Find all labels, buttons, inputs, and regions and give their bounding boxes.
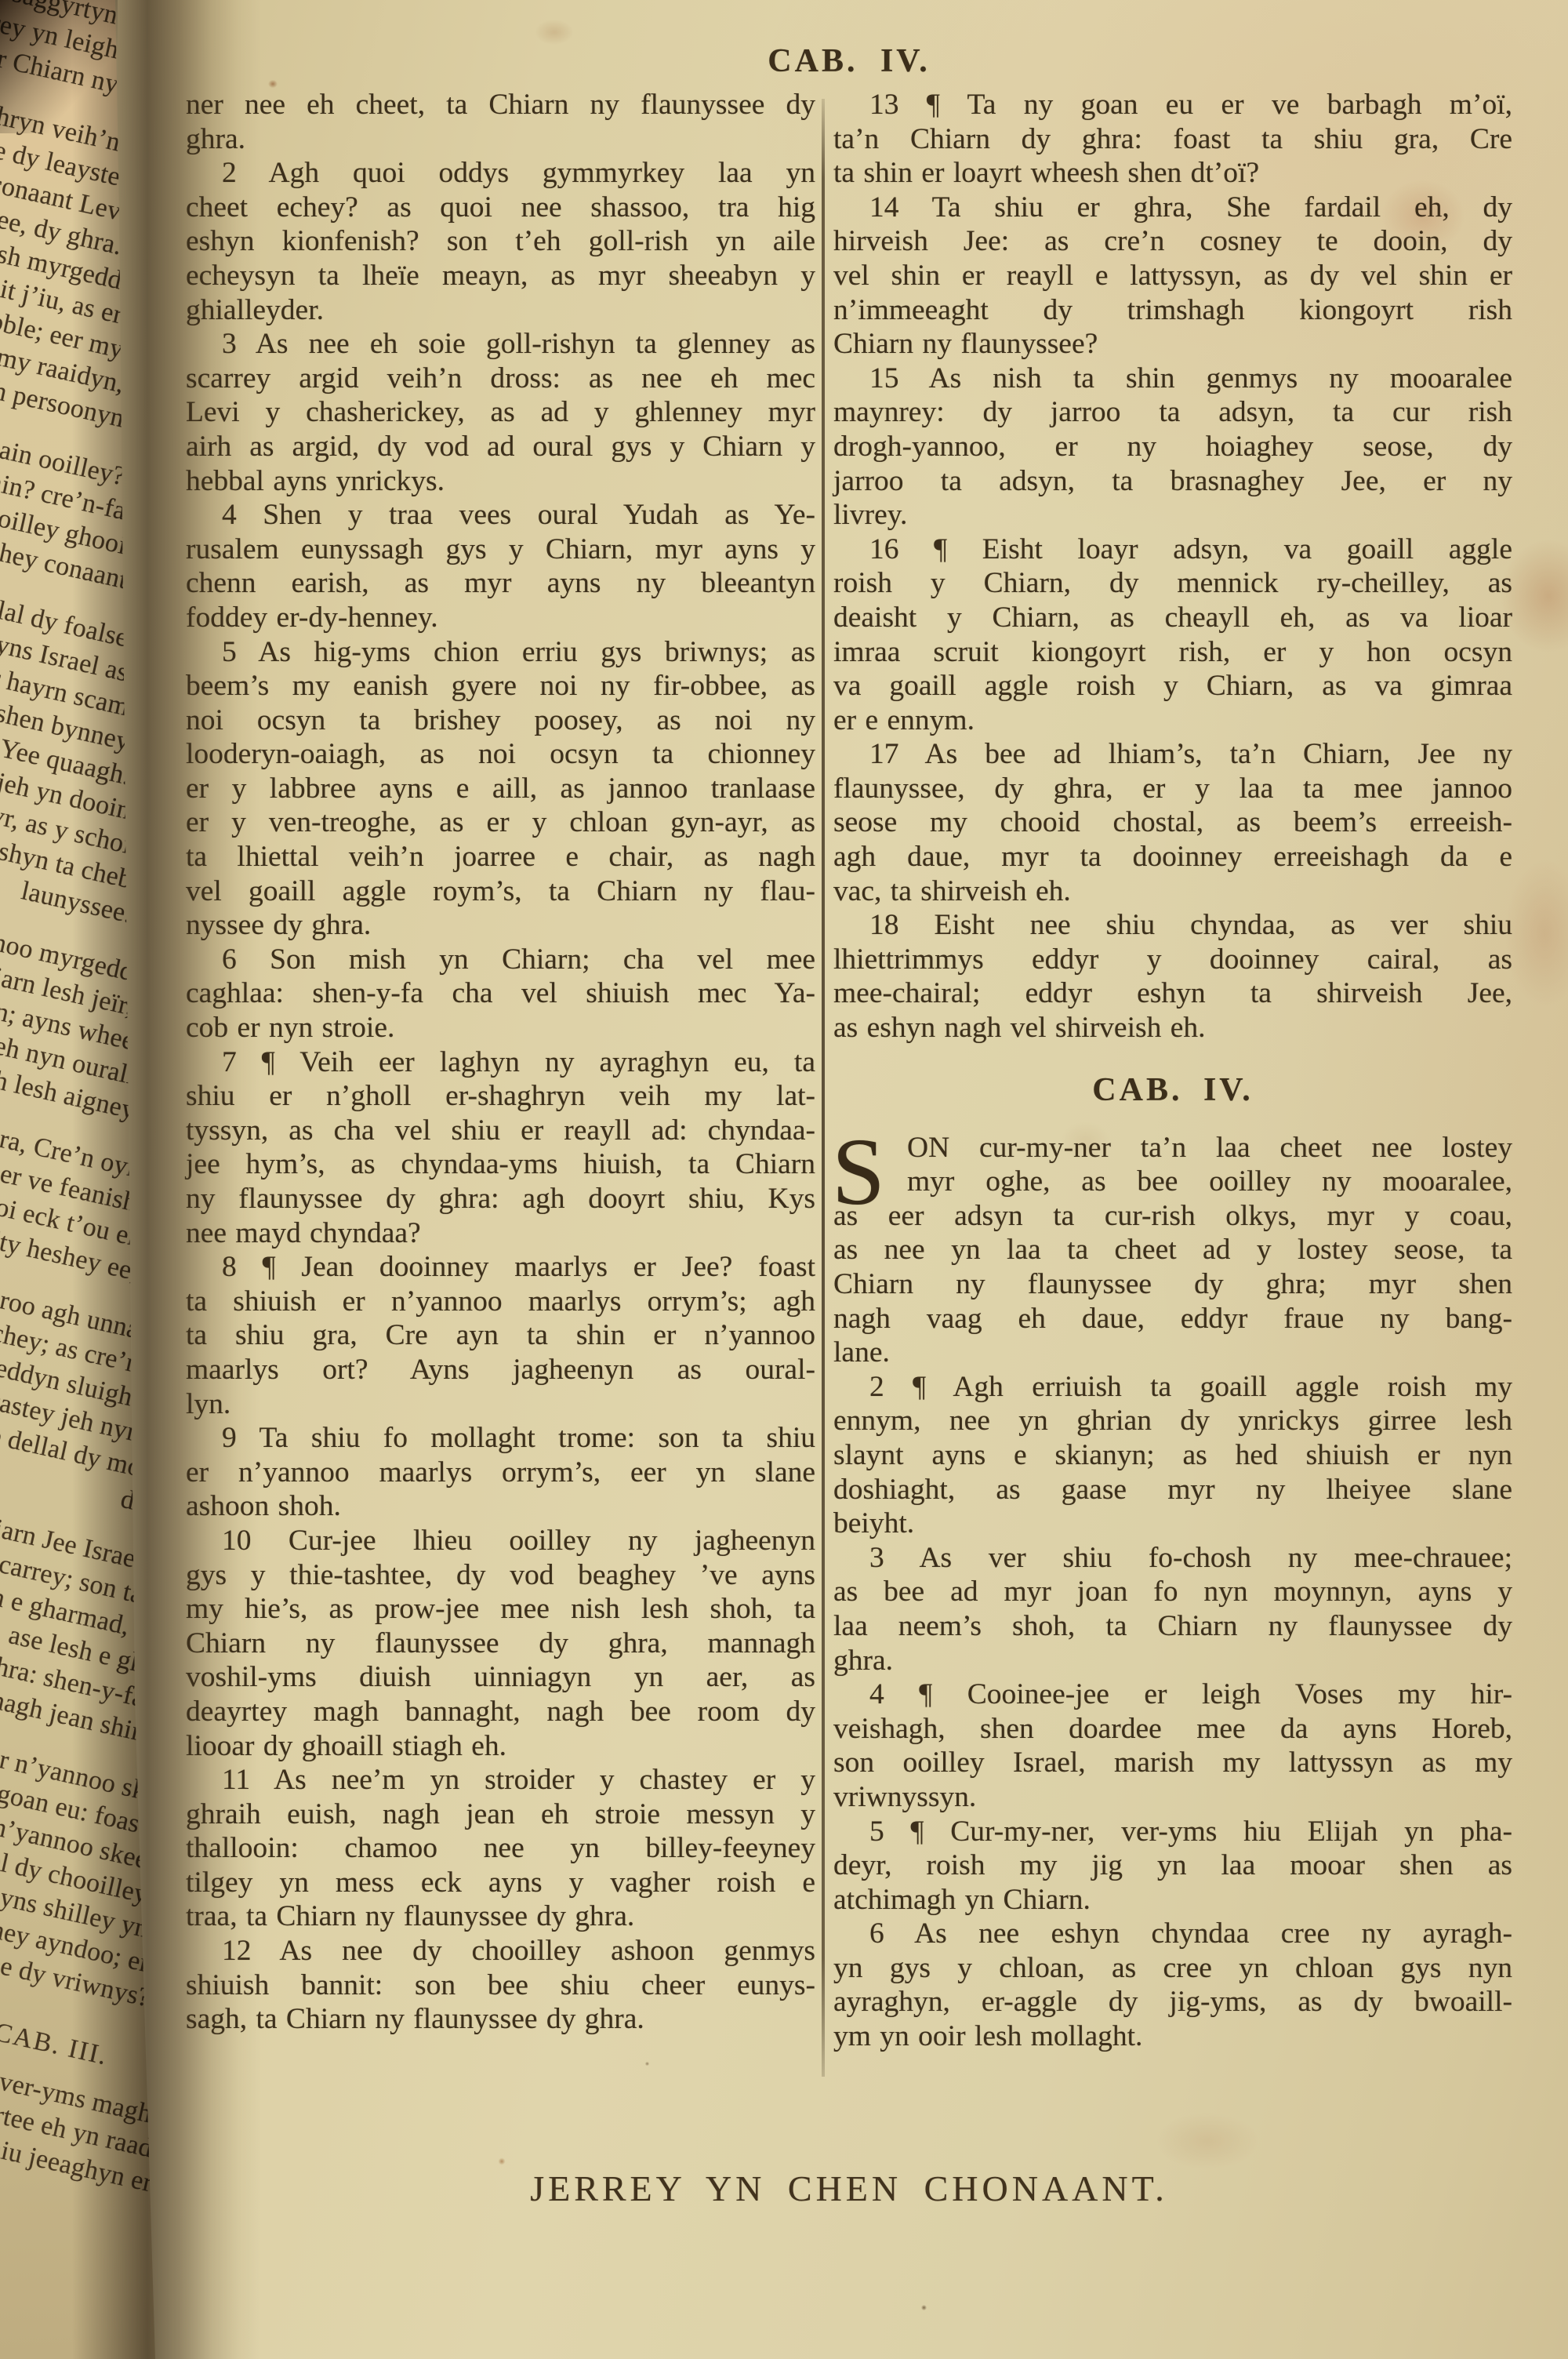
text-line: 3 As nee eh soie goll-rishyn ta glenney …	[186, 327, 815, 362]
text-line: 6 As nee eshyn chyndaa cree ny ayragh-	[833, 1917, 1512, 1951]
text-line: lane.	[833, 1336, 1512, 1370]
footer-colophon: JERREY YN CHEN CHONAANT.	[186, 2168, 1512, 2209]
text-line: ghialleyder.	[186, 293, 815, 328]
text-line: 12 As nee dy chooilley ashoon genmys	[186, 1934, 815, 1968]
text-line: as eshyn nagh vel shirveish eh.	[833, 1011, 1512, 1045]
text-line: maarlys ort? Ayns jagheenyn as oural-	[186, 1353, 815, 1387]
verse-6: 6 As nee eshyn chyndaa cree ny ayragh-yn…	[833, 1917, 1512, 2053]
text-line: as nee yn laa ta cheet ad y lostey seose…	[833, 1233, 1512, 1267]
ink-speck	[644, 2061, 650, 2066]
text-line: noi ocsyn ta brishey poosey, as noi ny	[186, 703, 815, 738]
verse-12: 12 As nee dy chooilley ashoon genmysshiu…	[186, 1934, 815, 2037]
column-divider-rule	[822, 99, 825, 2077]
text-line: seose my chooid chostal, as beem’s erree…	[833, 805, 1512, 840]
text-line: 4 ¶ Cooinee-jee er leigh Voses my hir-	[833, 1677, 1512, 1712]
text-line: lhiettrimmys eddyr y dooinney cairal, as	[833, 943, 1512, 977]
verse-4: 4 Shen y traa vees oural Yudah as Ye-rus…	[186, 498, 815, 634]
verse-3: 3 As nee eh soie goll-rishyn ta glenney …	[186, 327, 815, 498]
verse-3: 3 As ver shiu fo-chosh ny mee-chrauee;as…	[833, 1541, 1512, 1677]
verse-number: 14	[869, 191, 899, 224]
text-line: liooar dy ghoaill stiagh eh.	[186, 1729, 815, 1764]
text-line: ghra.	[833, 1644, 1512, 1678]
text-line: mee-chairal; eddyr eshyn ta shirveish Je…	[833, 976, 1512, 1011]
text-line: son ooilley Israel, marish my lattyssyn …	[833, 1746, 1512, 1780]
text-line: ta shiuish er n’yannoo maarlys orrym’s; …	[186, 1285, 815, 1319]
text-line: foddey er-dy-henney.	[186, 601, 815, 635]
text-line: 18 Eisht nee shiu chyndaa, as ver shiu	[833, 908, 1512, 943]
verse-number: 7 ¶	[222, 1046, 275, 1078]
text-line: lyn.	[186, 1387, 815, 1422]
verse-number: 13 ¶	[869, 89, 940, 121]
text-line: ON cur-my-ner ta’n laa cheet nee lostey	[833, 1131, 1512, 1165]
text-line: Chiarn ny flaunyssee?	[833, 327, 1512, 362]
verse-16: 16 ¶ Eisht loayr adsyn, va goaill aggler…	[833, 533, 1512, 738]
text-line: ta lhiettal veih’n joarree e chair, as n…	[186, 840, 815, 874]
text-line: ta shiu gra, Cre ayn ta shin er n’yannoo	[186, 1318, 815, 1353]
verse-10: 10 Cur-jee lhieu ooilley ny jagheenyngys…	[186, 1524, 815, 1763]
text-line: airh as argid, dy vod ad oural gys y Chi…	[186, 430, 815, 464]
text-line: Chiarn ny flaunyssee dy ghra; myr shen	[833, 1267, 1512, 1302]
verse-4: 4 ¶ Cooinee-jee er leigh Voses my hir-ve…	[833, 1677, 1512, 1814]
text-line: ym yn ooir lesh mollaght.	[833, 2019, 1512, 2054]
verse-18: 18 Eisht nee shiu chyndaa, as ver shiulh…	[833, 908, 1512, 1045]
verse-13: 13 ¶ Ta ny goan eu er ve barbagh m’oï,ta…	[833, 88, 1512, 191]
verse-number: 18	[869, 909, 899, 941]
text-line: 10 Cur-jee lhieu ooilley ny jagheenyn	[186, 1524, 815, 1558]
text-line: 6 Son mish yn Chiarn; cha vel mee	[186, 943, 815, 977]
verse-7: 7 ¶ Veih eer laghyn ny ayraghyn eu, tash…	[186, 1045, 815, 1251]
text-line: 11 As nee’m yn stroider y chastey er y	[186, 1763, 815, 1797]
text-line: livrey.	[833, 498, 1512, 533]
text-line: tyssyn, as cha vel shiu er reayll ad: ch…	[186, 1114, 815, 1148]
text-line: deayrtey magh bannaght, nagh bee room dy	[186, 1695, 815, 1729]
text-line: ny flaunyssee dy ghra: agh dooyrt shiu, …	[186, 1182, 815, 1216]
text-line: 3 As ver shiu fo-chosh ny mee-chrauee;	[833, 1541, 1512, 1576]
text-line: flaunyssee, dy ghra, er y laa ta mee jan…	[833, 772, 1512, 806]
verse-17: 17 As bee ad lhiam’s, ta’n Chiarn, Jee n…	[833, 737, 1512, 908]
text-line: yn gys y chloan, as cree yn chloan gys n…	[833, 1951, 1512, 1986]
text-line: Chiarn ny flaunyssee dy ghra, mannagh	[186, 1627, 815, 1661]
verse-1: SON cur-my-ner ta’n laa cheet nee lostey…	[833, 1131, 1512, 1370]
text-line: thallooin: chamoo nee yn billey-feeyney	[186, 1831, 815, 1866]
text-line: nagh vaag eh daue, eddyr fraue ny bang-	[833, 1302, 1512, 1336]
verse-number: 2 ¶	[869, 1371, 926, 1403]
text-line: nee mayd chyndaa?	[186, 1216, 815, 1251]
text-line: sagh, ta Chiarn ny flaunyssee dy ghra.	[186, 2002, 815, 2037]
verse-number: 3	[222, 328, 237, 360]
text-line: roish y Chiarn, dy mennick ry-cheilley, …	[833, 566, 1512, 601]
text-line: slaynt ayns e skianyn; as hed shiuish er…	[833, 1438, 1512, 1473]
verse-number: 11	[222, 1764, 250, 1796]
text-line: 5 ¶ Cur-my-ner, ver-yms hiu Elijah yn ph…	[833, 1815, 1512, 1849]
text-line: echeysyn ta lheïe meayn, as myr sheeabyn…	[186, 259, 815, 293]
verse-number: 12	[222, 1935, 252, 1967]
text-line: hebbal ayns ynrickys.	[186, 464, 815, 499]
text-line: 7 ¶ Veih eer laghyn ny ayraghyn eu, ta	[186, 1045, 815, 1080]
text-line: chenn earish, as myr ayns ny bleeantyn	[186, 566, 815, 601]
verse-number: 10	[222, 1525, 252, 1557]
verse-number: 17	[869, 738, 899, 770]
text-line: n’immeeaght dy trimshagh kiongoyrt rish	[833, 293, 1512, 328]
text-line: 17 As bee ad lhiam’s, ta’n Chiarn, Jee n…	[833, 737, 1512, 772]
text-line: 2 Agh quoi oddys gymmyrkey laa yn	[186, 156, 815, 191]
text-line: eshyn kionfenish? son t’eh goll-rish yn …	[186, 224, 815, 259]
text-line: 15 As nish ta shin genmys ny mooaralee	[833, 362, 1512, 396]
text-line: 16 ¶ Eisht loayr adsyn, va goaill aggle	[833, 533, 1512, 567]
text-line: 13 ¶ Ta ny goan eu er ve barbagh m’oï,	[833, 88, 1512, 122]
text-line: va goaill aggle roish y Chiarn, as va gi…	[833, 669, 1512, 703]
text-line: 8 ¶ Jean dooinney maarlys er Jee? foast	[186, 1250, 815, 1285]
text-line: maynrey: dy jarroo ta adsyn, ta cur rish	[833, 395, 1512, 430]
text-line: 14 Ta shiu er ghra, She fardail eh, dy	[833, 191, 1512, 225]
text-line: ayraghyn, er-aggle dy jig-yms, as dy bwo…	[833, 1985, 1512, 2019]
text-line: atchimagh yn Chiarn.	[833, 1883, 1512, 1917]
verse-number: 8 ¶	[222, 1251, 276, 1283]
verse-8: 8 ¶ Jean dooinney maarlys er Jee? foastt…	[186, 1250, 815, 1421]
verse-9: 9 Ta shiu fo mollaght trome: son ta shiu…	[186, 1421, 815, 1524]
text-line: laa neem’s shoh, ta Chiarn ny flaunyssee…	[833, 1609, 1512, 1644]
verse-number: 3	[869, 1542, 884, 1574]
verse-number: 2	[222, 157, 237, 189]
verse-2: 2 ¶ Agh erriuish ta goaill aggle roish m…	[833, 1370, 1512, 1541]
running-head: CAB. IV.	[186, 42, 1512, 80]
text-line: ghraih euish, nagh jean eh stroie messyn…	[186, 1797, 815, 1832]
verse-number: 6	[869, 1917, 884, 1950]
text-line: beiyht.	[833, 1507, 1512, 1541]
text-line: er y ven-treoghe, as er y chloan gyn-ayr…	[186, 805, 815, 840]
text-line: doshiaght, as gaase myr ny lheiyee slane	[833, 1473, 1512, 1507]
drop-cap: S	[832, 1125, 885, 1220]
verse-number: 4	[222, 499, 237, 531]
text-line: looderyn-oaiagh, as noi ocsyn ta chionne…	[186, 737, 815, 772]
left-column: ner nee eh cheet, ta Chiarn ny flaunysse…	[186, 88, 815, 2037]
text-line: shiu er n’gholl er-shaghryn veih my lat-	[186, 1079, 815, 1114]
verse-continuation: ner nee eh cheet, ta Chiarn ny flaunysse…	[186, 88, 815, 156]
foxing-spot	[497, 2157, 506, 2166]
text-line: beem’s my eanish gyere noi ny fir-obbee,…	[186, 669, 815, 703]
text-line: deyr, roish my jig yn laa mooar shen as	[833, 1848, 1512, 1883]
previous-page-curled-edge: llyn ny saggyrtynad shirrey yn leighaght…	[0, 0, 165, 2359]
chapter-heading: CAB. IV.	[833, 1072, 1512, 1108]
verse-5: 5 ¶ Cur-my-ner, ver-yms hiu Elijah yn ph…	[833, 1815, 1512, 1917]
verse-11: 11 As nee’m yn stroider y chastey er ygh…	[186, 1763, 815, 1934]
verse-number: 5 ¶	[869, 1816, 924, 1848]
verse-5: 5 As hig-yms chion erriu gys briwnys; as…	[186, 635, 815, 943]
text-line: cheet echey? as quoi nee shassoo, tra hi…	[186, 191, 815, 225]
text-line: traa, ta Chiarn ny flaunyssee dy ghra.	[186, 1899, 815, 1934]
book-page-scan: llyn ny saggyrtynad shirrey yn leighaght…	[0, 0, 1568, 2359]
text-line: myr oghe, as bee ooilley ny mooaralee,	[833, 1165, 1512, 1199]
text-line: tilgey yn mess eck ayns y vagher roish e	[186, 1866, 815, 1900]
text-line: ennym, nee yn ghrian dy ynrickys girree …	[833, 1404, 1512, 1438]
text-line: er y labbree ayns e aill, as jannoo tran…	[186, 772, 815, 806]
text-line: shiuish bannit: son bee shiu cheer eunys…	[186, 1968, 815, 2003]
text-line: hirveish Jee: as cre’n cosney te dooin, …	[833, 224, 1512, 259]
text-line: 2 ¶ Agh erriuish ta goaill aggle roish m…	[833, 1370, 1512, 1405]
verse-number: 6	[222, 943, 237, 976]
text-line: 9 Ta shiu fo mollaght trome: son ta shiu	[186, 1421, 815, 1456]
text-line: ner nee eh cheet, ta Chiarn ny flaunysse…	[186, 88, 815, 122]
text-line: er e ennym.	[833, 703, 1512, 738]
text-line: jarroo ta adsyn, ta brasnaghey Jee, er n…	[833, 464, 1512, 499]
text-line: er n’yannoo maarlys orrym’s, eer yn slan…	[186, 1456, 815, 1490]
text-line: ghra.	[186, 122, 815, 157]
text-line: agh daue, myr ta dooinney erreeishagh da…	[833, 840, 1512, 874]
text-line: as bee ad myr joan fo nyn moynnyn, ayns …	[833, 1575, 1512, 1609]
text-line: my hie’s, as prow-jee mee nish lesh shoh…	[186, 1592, 815, 1627]
right-column: 13 ¶ Ta ny goan eu er ve barbagh m’oï,ta…	[833, 88, 1512, 2054]
text-line: scarrey argid veih’n dross: as nee eh me…	[186, 362, 815, 396]
verse-15: 15 As nish ta shin genmys ny mooaraleema…	[833, 362, 1512, 533]
text-line: as eer adsyn ta cur-rish olkys, myr y co…	[833, 1199, 1512, 1234]
text-line: vriwnyssyn.	[833, 1780, 1512, 1815]
text-line: jee hym’s, as chyndaa-yms hiuish, ta Chi…	[186, 1147, 815, 1182]
ink-speck	[920, 2304, 927, 2311]
text-line: imraa scruit kiongoyrt rish, er y hon oc…	[833, 635, 1512, 670]
text-line: ta shin er loayrt wheesh shen dt’oï?	[833, 156, 1512, 191]
text-line: cob er nyn stroie.	[186, 1011, 815, 1045]
text-line: veishagh, shen doardee mee da ayns Horeb…	[833, 1712, 1512, 1747]
verse-14: 14 Ta shiu er ghra, She fardail eh, dyhi…	[833, 191, 1512, 362]
text-line: Levi y chasherickey, as ad y ghlenney my…	[186, 395, 815, 430]
text-line: nyssee dy ghra.	[186, 908, 815, 943]
verse-6: 6 Son mish yn Chiarn; cha vel meecaghlaa…	[186, 943, 815, 1045]
text-line: voshil-yms diuish uinniagyn yn aer, as	[186, 1660, 815, 1695]
text-line: drogh-yannoo, er ny hoiaghey seose, dy	[833, 430, 1512, 464]
verse-number: 15	[869, 362, 899, 394]
text-line: gys y thie-tashtee, dy vod beaghey ’ve a…	[186, 1558, 815, 1593]
verse-number: 16 ¶	[869, 533, 947, 565]
text-line: rusalem eunyssagh gys y Chiarn, myr ayns…	[186, 533, 815, 567]
text-line: 4 Shen y traa vees oural Yudah as Ye-	[186, 498, 815, 533]
text-line: deaisht y Chiarn, as cheayll eh, as va l…	[833, 601, 1512, 635]
verse-2: 2 Agh quoi oddys gymmyrkey laa yncheet e…	[186, 156, 815, 327]
text-line: ta’n Chiarn dy ghra: foast ta shiu gra, …	[833, 122, 1512, 157]
text-line: vel goaill aggle roym’s, ta Chiarn ny fl…	[186, 874, 815, 909]
verse-number: 5	[222, 636, 237, 668]
text-line: vac, ta shirveish eh.	[833, 874, 1512, 909]
verse-number: 4 ¶	[869, 1678, 932, 1710]
text-line: vel shin er reayll e lattyssyn, as dy ve…	[833, 259, 1512, 293]
text-line: 5 As hig-yms chion erriu gys briwnys; as	[186, 635, 815, 670]
verse-number: 9	[222, 1422, 237, 1454]
text-line: caghlaa: shen-y-fa cha vel shiuish mec Y…	[186, 976, 815, 1011]
text-line: ashoon shoh.	[186, 1489, 815, 1524]
